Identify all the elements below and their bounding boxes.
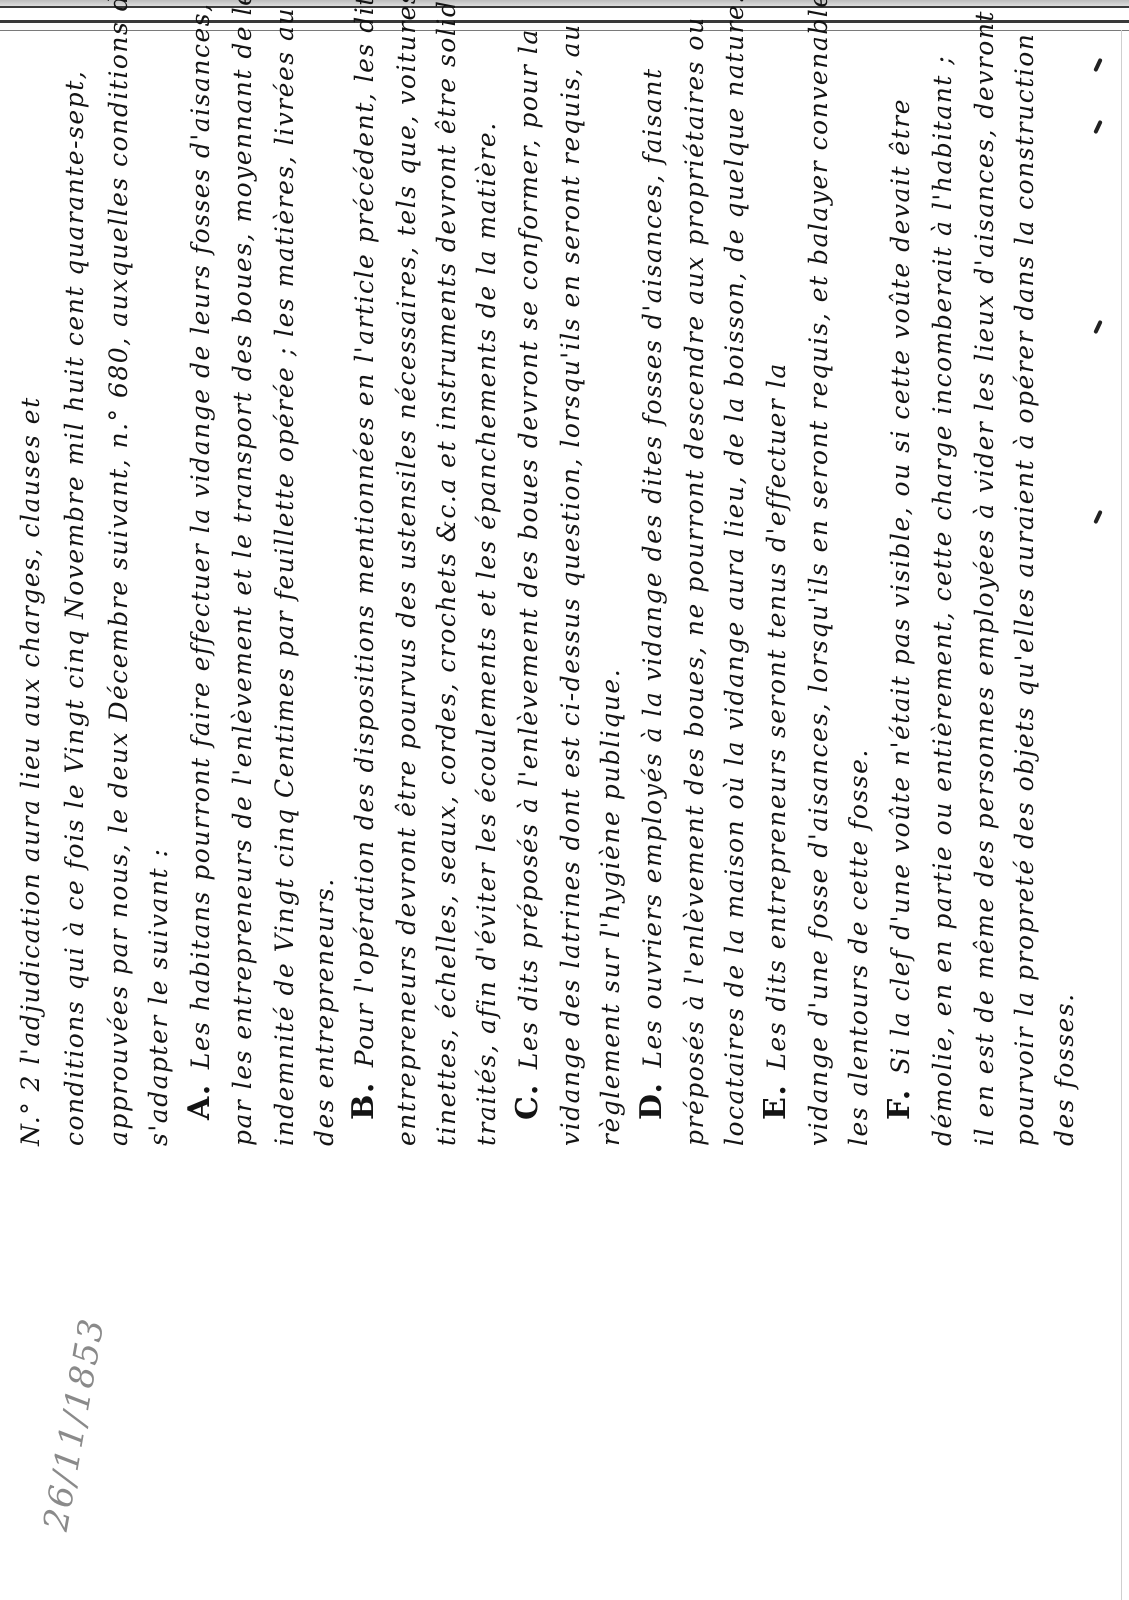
manuscript-line: indemnité de Vingt cinq Centimes par feu… (266, 0, 301, 1160)
manuscript-line: par les entrepreneurs de l'enlèvement et… (224, 0, 259, 1160)
paragraph-b-heading: B.Pour l'opération des dispositions ment… (346, 0, 381, 1120)
manuscript-line: vidange d'une fosse d'aisances, lorsqu'i… (800, 0, 835, 1160)
paragraph-f-heading: F.Si la clef d'une voûte n'était pas vis… (882, 98, 917, 1120)
manuscript-line: traités, afin d'éviter les écoulements e… (468, 121, 503, 1160)
manuscript-line: conditions qui à ce fois le Vingt cinq N… (56, 70, 91, 1160)
manuscript-line: tinettes, échelles, seaux, cordes, croch… (428, 0, 463, 1160)
manuscript-line: démolie, en en partie ou entièrement, ce… (924, 55, 959, 1160)
paragraph-a-heading: A.Les habitans pourront faire effectuer … (182, 2, 217, 1120)
manuscript-line: N.° 2 l'adjudication aura lieu aux charg… (12, 396, 47, 1160)
paragraph-e-heading: E.Les dits entrepreneurs seront tenus d'… (758, 362, 793, 1120)
manuscript-line: s'adapter le suivant : (140, 848, 175, 1160)
paragraph-c-heading: C.Les dits préposés à l'enlèvement des b… (510, 28, 545, 1120)
manuscript-line: vidange des latrines dont est ci-dessus … (552, 23, 587, 1160)
manuscript-page: N.° 2 l'adjudication aura lieu aux charg… (0, 30, 1100, 1160)
manuscript-line: approuvées par nous, le deux Décembre su… (100, 0, 135, 1160)
manuscript-line: préposés à l'enlèvement des boues, ne po… (676, 16, 711, 1160)
pencil-date-annotation: 26/11/1853 (28, 1265, 88, 1535)
manuscript-line: locataires de la maison où la vidange au… (716, 0, 751, 1160)
manuscript-line: il en est de même des personnes employée… (966, 10, 1001, 1160)
manuscript-line: des fosses. (1046, 992, 1081, 1160)
paragraph-d-heading: D.Les ouvriers employés à la vidange des… (634, 67, 669, 1120)
manuscript-line: pourvoir la propreté des objets qu'elles… (1006, 33, 1041, 1160)
manuscript-line: les alentours de cette fosse. (840, 748, 875, 1160)
manuscript-line: règlement sur l'hygiène publique. (592, 668, 627, 1160)
manuscript-line: des entrepreneurs. (306, 877, 341, 1160)
manuscript-line: entrepreneurs devront être pourvus des u… (388, 0, 423, 1160)
scan-edge-line (0, 6, 1129, 8)
